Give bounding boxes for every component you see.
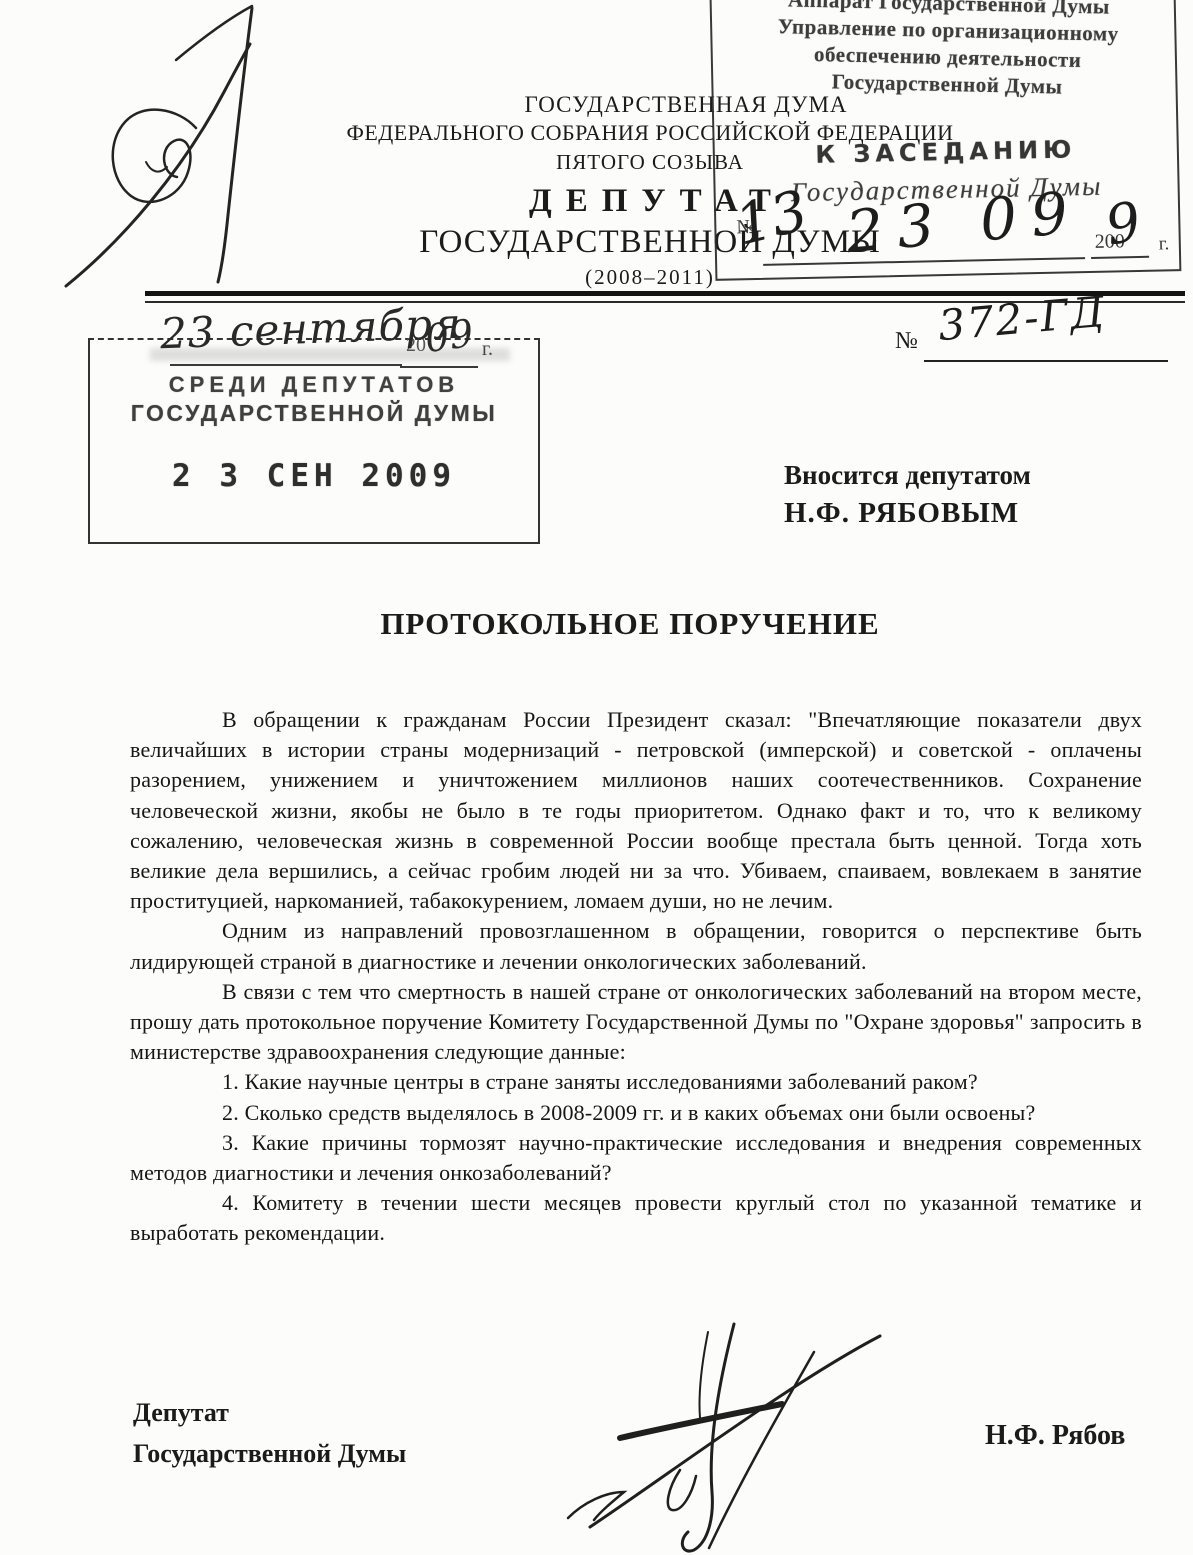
document-body: В обращении к гражданам России Президент… — [130, 705, 1142, 1249]
dissemination-date-stamp: 2 3 СЕН 2009 — [90, 458, 538, 494]
dissemination-year-line — [400, 366, 478, 368]
dissemination-stamp: СРЕДИ ДЕПУТАТОВ ГОСУДАРСТВЕННОЙ ДУМЫ 2 3… — [88, 338, 540, 544]
signoff-role-line1: Депутат — [133, 1392, 406, 1433]
signoff-role: Депутат Государственной Думы — [133, 1392, 406, 1474]
document-page: ГОСУДАРСТВЕННАЯ ДУМА ФЕДЕРАЛЬНОГО СОБРАН… — [0, 0, 1193, 1555]
session-stamp-title: К ЗАСЕДАНИЮ — [715, 133, 1177, 171]
signoff-role-line2: Государственной Думы — [133, 1433, 406, 1474]
body-paragraph: Одним из направлений провозглашенном в о… — [130, 916, 1142, 976]
deputy-signature — [472, 1322, 902, 1555]
body-paragraph: В связи с тем что смертность в нашей стр… — [130, 977, 1142, 1068]
body-paragraph: 3. Какие причины тормозят научно-практич… — [130, 1128, 1142, 1188]
dissemination-stamp-line1: СРЕДИ ДЕПУТАТОВ — [90, 372, 538, 398]
submitted-by-name: Н.Ф. РЯБОВЫМ — [784, 497, 1031, 530]
dissemination-year-suffix: г. — [482, 338, 493, 361]
dissemination-date-line — [170, 364, 402, 366]
submitted-by-block: Вносится депутатом Н.Ф. РЯБОВЫМ — [784, 460, 1031, 530]
body-paragraph: 4. Комитету в течении шести месяцев пров… — [130, 1188, 1142, 1248]
body-paragraph: 1. Какие научные центры в стране заняты … — [130, 1067, 1142, 1097]
submitted-by-label: Вносится депутатом — [784, 460, 1031, 491]
body-paragraph: 2. Сколько средств выделялось в 2008-200… — [130, 1098, 1142, 1128]
doc-number-line — [924, 360, 1168, 362]
document-title: ПРОТОКОЛЬНОЕ ПОРУЧЕНИЕ — [67, 606, 1193, 642]
dissemination-stamp-line2: ГОСУДАРСТВЕННОЙ ДУМЫ — [90, 400, 538, 427]
session-stamp-year-suffix: г. — [1159, 233, 1170, 255]
body-paragraph: В обращении к гражданам России Президент… — [130, 705, 1142, 916]
doc-number-label: № — [895, 328, 918, 355]
session-stamp-year-line — [1091, 256, 1149, 259]
signoff-name: Н.Ф. Рябов — [985, 1420, 1125, 1452]
dissemination-year-handwritten: 09 — [422, 311, 476, 361]
